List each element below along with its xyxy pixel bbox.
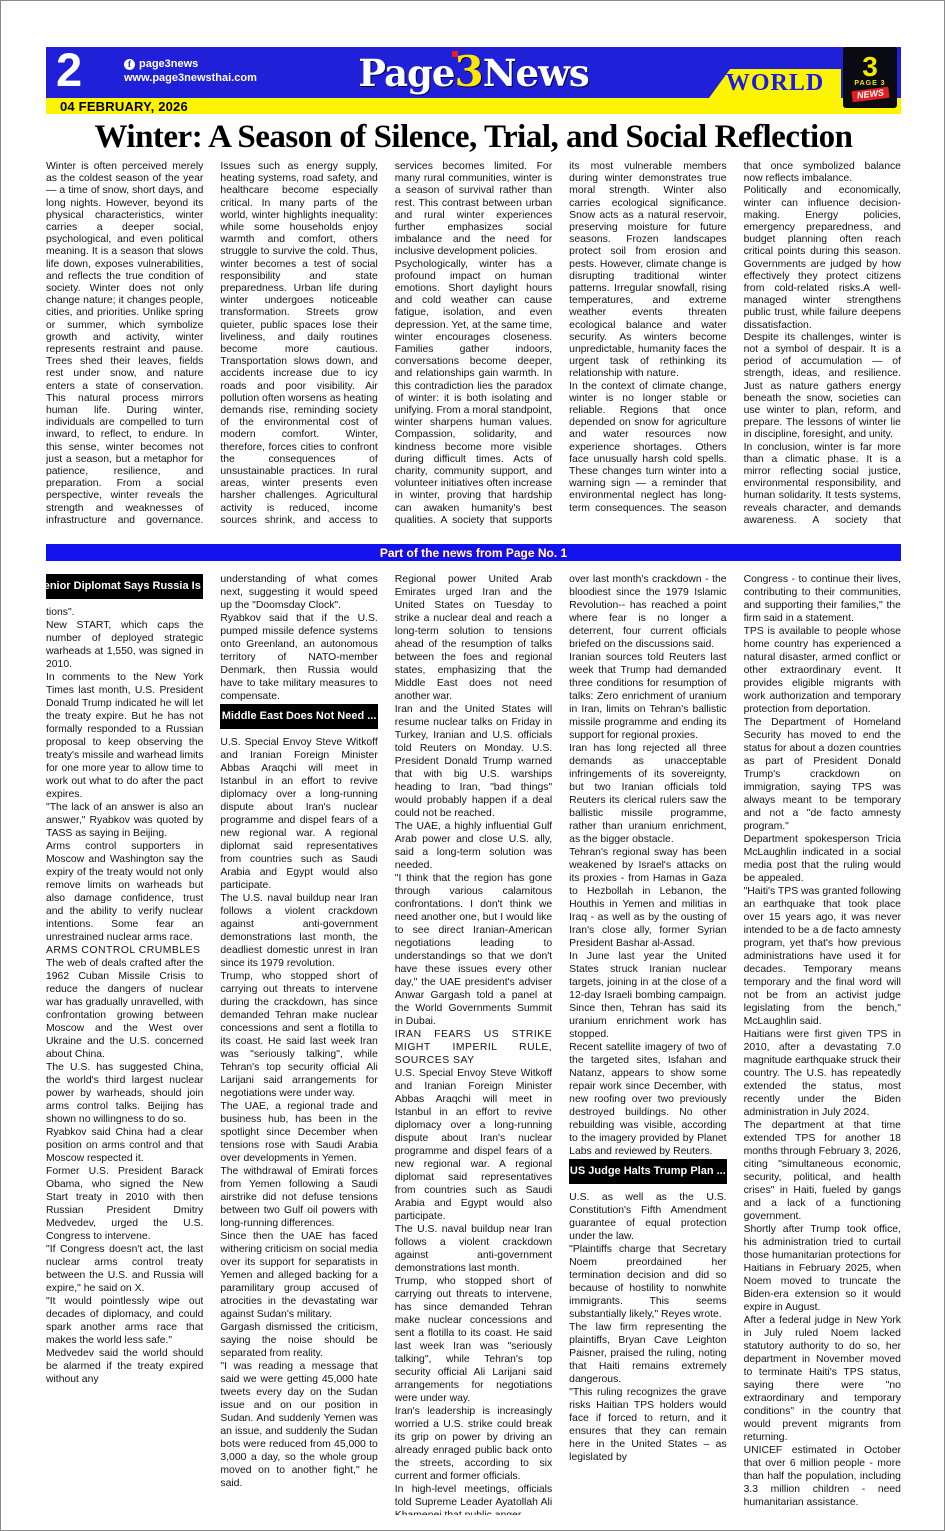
- news-column: over last month's crackdown - the bloodi…: [569, 573, 726, 1515]
- article-subhead: ARMS CONTROL CRUMBLES: [46, 944, 203, 957]
- paragraph: "It would pointlessly wipe out decades o…: [46, 1295, 203, 1347]
- paragraph: Regional power United Arab Emirates urge…: [395, 573, 552, 703]
- paragraph: After a federal judge in New York in Jul…: [744, 1314, 901, 1444]
- logo-part2: 3: [454, 47, 482, 96]
- logo-box-news-ribbon: NEWS: [851, 87, 889, 102]
- paragraph: Shortly after Trump took office, his adm…: [744, 1223, 901, 1314]
- paragraph: U.S. Special Envoy Steve Witkoff and Ira…: [395, 1067, 552, 1223]
- paragraph: The Department of Homeland Security has …: [744, 716, 901, 833]
- paragraph: In June last year the United States stru…: [569, 950, 726, 1041]
- winter-article-body: Winter is often perceived merely as the …: [46, 161, 901, 539]
- paragraph: Trump, who stopped short of carrying out…: [395, 1275, 552, 1405]
- date-strip: 04 FEBRUARY, 2026: [46, 98, 901, 114]
- paragraph: Despite its challenges, winter is not a …: [744, 332, 901, 442]
- paragraph: understanding of what comes next, sugges…: [220, 573, 377, 612]
- logo-box-number: 3: [862, 55, 878, 79]
- paragraph: The withdrawal of Emirati forces from Ye…: [220, 1165, 377, 1230]
- continuation-bar-label: Part of the news from Page No. 1: [380, 546, 567, 560]
- masthead: 2 f page3news www.page3newsthai.com Page…: [46, 47, 901, 98]
- logo-box-page-label: PAGE 3: [854, 80, 885, 87]
- paragraph: Arms control supporters in Moscow and Wa…: [46, 840, 203, 944]
- paragraph: The U.S. naval buildup near Iran follows…: [395, 1223, 552, 1275]
- paragraph: "This ruling recognizes the grave risks …: [569, 1386, 726, 1464]
- article-header: US Judge Halts Trump Plan ...: [569, 1159, 726, 1184]
- paragraph: tions".: [46, 606, 203, 619]
- news-columns: Senior Diplomat Says Russia Is ...tions"…: [46, 573, 901, 1515]
- news-column: understanding of what comes next, sugges…: [220, 573, 377, 1515]
- paragraph: The UAE, a highly influential Gulf Arab …: [395, 820, 552, 872]
- paragraph: U.S. Special Envoy Steve Witkoff and Ira…: [220, 736, 377, 892]
- paragraph: Haitians were first given TPS in 2010, a…: [744, 1028, 901, 1119]
- article-header: Senior Diplomat Says Russia Is ...: [46, 574, 203, 599]
- paragraph: The web of deals crafted after the 1962 …: [46, 957, 203, 1061]
- paragraph: The UAE, a regional trade and business h…: [220, 1100, 377, 1165]
- paragraph: The U.S. naval buildup near Iran follows…: [220, 892, 377, 970]
- paragraph: In comments to the New York Times last m…: [46, 671, 203, 801]
- paragraph: Iran and the United States will resume n…: [395, 703, 552, 820]
- paragraph: Since then the UAE has faced withering c…: [220, 1230, 377, 1321]
- paragraph: "I think that the region has gone throug…: [395, 872, 552, 1028]
- article-subhead: IRAN FEARS US STRIKE MIGHT IMPERIL RULE,…: [395, 1028, 552, 1067]
- paragraph: Gargash dismissed the criticism, saying …: [220, 1321, 377, 1360]
- paragraph: Congress - to continue their lives, cont…: [744, 573, 901, 625]
- paragraph: The U.S. has suggested China, the world'…: [46, 1061, 203, 1126]
- paragraph: Iran has long rejected all three demands…: [569, 742, 726, 846]
- main-headline: Winter: A Season of Silence, Trial, and …: [46, 119, 901, 155]
- paragraph: Department spokesperson Tricia McLaughli…: [744, 833, 901, 885]
- paragraph: over last month's crackdown - the bloodi…: [569, 573, 726, 651]
- paragraph: U.S. as well as the U.S. Constitution's …: [569, 1191, 726, 1243]
- winter-article: Winter is often perceived merely as the …: [46, 161, 901, 539]
- logo-part3: News: [483, 51, 589, 95]
- paragraph: Politically and economically, winter can…: [744, 185, 901, 331]
- paragraph: TPS is available to people whose home co…: [744, 625, 901, 716]
- paragraph: Ryabkov said that if the U.S. pumped mis…: [220, 612, 377, 703]
- paragraph: In high-level meetings, officials told S…: [395, 1483, 552, 1515]
- article-header: Middle East Does Not Need ...: [220, 704, 377, 729]
- paragraph: Iranian sources told Reuters last week t…: [569, 651, 726, 742]
- paragraph: Medvedev said the world should be alarme…: [46, 1347, 203, 1386]
- paragraph: Recent satellite imagery of two of the t…: [569, 1041, 726, 1158]
- newspaper-page: 2 f page3news www.page3newsthai.com Page…: [0, 0, 945, 1531]
- brand-logo-box: 3 PAGE 3 NEWS: [843, 47, 897, 108]
- paragraph: The department at that time extended TPS…: [744, 1119, 901, 1223]
- news-column: Regional power United Arab Emirates urge…: [395, 573, 552, 1515]
- news-column: Congress - to continue their lives, cont…: [744, 573, 901, 1515]
- section-wedge: WORLD: [709, 69, 841, 98]
- paragraph: "I was reading a message that said we we…: [220, 1360, 377, 1490]
- paragraph: "If Congress doesn't act, the last nucle…: [46, 1243, 203, 1295]
- paragraph: Tehran's regional sway has been weakened…: [569, 846, 726, 950]
- paragraph: Ryabkov said China had a clear position …: [46, 1126, 203, 1165]
- issue-date: 04 FEBRUARY, 2026: [60, 99, 188, 114]
- page-content: 2 f page3news www.page3newsthai.com Page…: [46, 47, 901, 1515]
- paragraph: "The lack of an answer is also an answer…: [46, 801, 203, 840]
- logo-part1: Page: [358, 51, 454, 95]
- paragraph: Trump, who stopped short of carrying out…: [220, 970, 377, 1100]
- paragraph: "Plaintiffs charge that Secretary Noem p…: [569, 1243, 726, 1321]
- news-column: Senior Diplomat Says Russia Is ...tions"…: [46, 573, 203, 1515]
- section-label: WORLD: [726, 70, 824, 97]
- paragraph: Former U.S. President Barack Obama, who …: [46, 1165, 203, 1243]
- continuation-bar: Part of the news from Page No. 1: [46, 544, 901, 561]
- paragraph: Iran's leadership is increasingly worrie…: [395, 1405, 552, 1483]
- paragraph: "Haiti's TPS was granted following an ea…: [744, 885, 901, 1028]
- paragraph: UNICEF estimated in October that over 6 …: [744, 1444, 901, 1509]
- paragraph: The law firm representing the plaintiffs…: [569, 1321, 726, 1386]
- paragraph: New START, which caps the number of depl…: [46, 619, 203, 671]
